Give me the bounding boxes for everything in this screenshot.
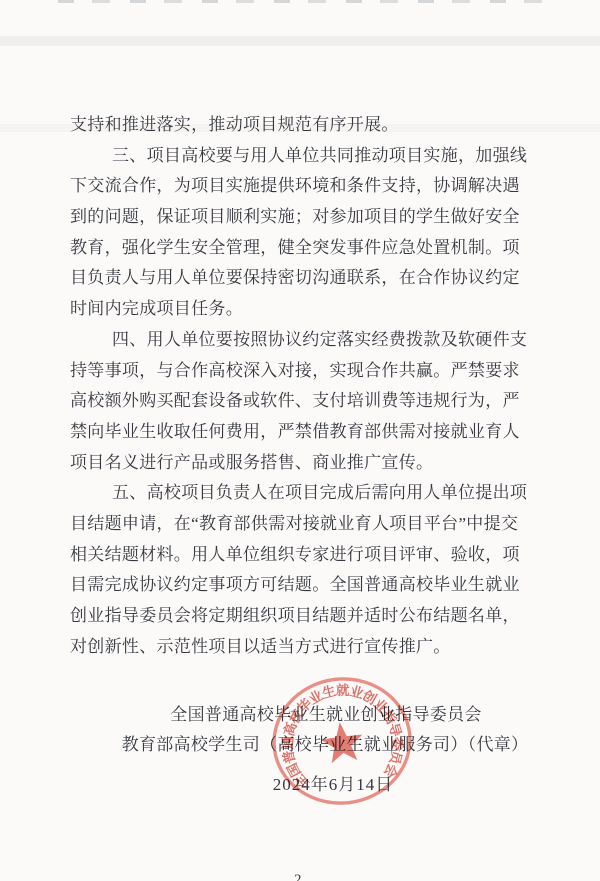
scan-edge-artifact — [58, 0, 558, 3]
document-text-line: 目需完成协议约定事项方可结题。全国普通高校毕业生就业 — [70, 570, 538, 601]
document-text-line: 到的问题，保证项目顺利实施；对参加项目的学生做好安全 — [70, 202, 538, 233]
document-text-line: 创业指导委员会将定期组织项目结题并适时公布结题名单， — [70, 601, 538, 632]
document-text-line: 对创新性、示范性项目以适当方式进行宣传推广。 — [70, 632, 538, 663]
svg-text:生: 生 — [320, 682, 338, 701]
document-text-line: 支持和推进落实，推动项目规范有序开展。 — [70, 110, 538, 141]
document-text-line: 项目名义进行产品或服务搭售、商业推广宣传。 — [70, 448, 538, 479]
document-text-line: 下交流合作，为项目实施提供环境和条件支持，协调解决遇 — [70, 171, 538, 202]
page-number: 2 — [294, 872, 302, 881]
document-text-line: 教育，强化学生安全管理，健全突发事件应急处置机制。项 — [70, 233, 538, 264]
document-text-line: 高校额外购买配套设备或软件、支付培训费等违规行为，严 — [70, 386, 538, 417]
document-text-line: 时间内完成项目任务。 — [70, 294, 538, 325]
document-text-line: 三、项目高校要与用人单位共同推动项目实施，加强线 — [70, 141, 538, 172]
signature-department: 教育部高校学生司（高校毕业生就业服务司）（代章） — [122, 730, 529, 755]
svg-text:业: 业 — [348, 683, 365, 701]
document-text-line: 目负责人与用人单位要保持密切沟通联系，在合作协议约定 — [70, 263, 538, 294]
scan-band-artifact — [0, 36, 600, 46]
document-text-line: 相关结题材料。用人单位组织专家进行项目评审、验收，项 — [70, 540, 538, 571]
document-text-line: 目结题申请，在“教育部供需对接就业育人项目平台”中提交 — [70, 509, 538, 540]
document-page: 支持和推进落实，推动项目规范有序开展。三、项目高校要与用人单位共同推动项目实施，… — [0, 0, 600, 881]
signature-committee: 全国普通高校毕业生就业创业指导委员会 — [170, 700, 481, 725]
document-text-line: 持等事项，与合作高校深入对接，实现合作共赢。严禁要求 — [70, 356, 538, 387]
document-text-line: 四、用人单位要按照协议约定落实经费拨款及软硬件支 — [70, 325, 538, 356]
signature-date: 2024年6月14日 — [273, 770, 394, 795]
document-body: 支持和推进落实，推动项目规范有序开展。三、项目高校要与用人单位共同推动项目实施，… — [70, 110, 538, 662]
document-text-line: 五、高校项目负责人在项目完成后需向用人单位提出项 — [70, 478, 538, 509]
document-text-line: 禁向毕业生收取任何费用，严禁借教育部供需对接就业育人 — [70, 417, 538, 448]
svg-text:就: 就 — [336, 682, 350, 698]
